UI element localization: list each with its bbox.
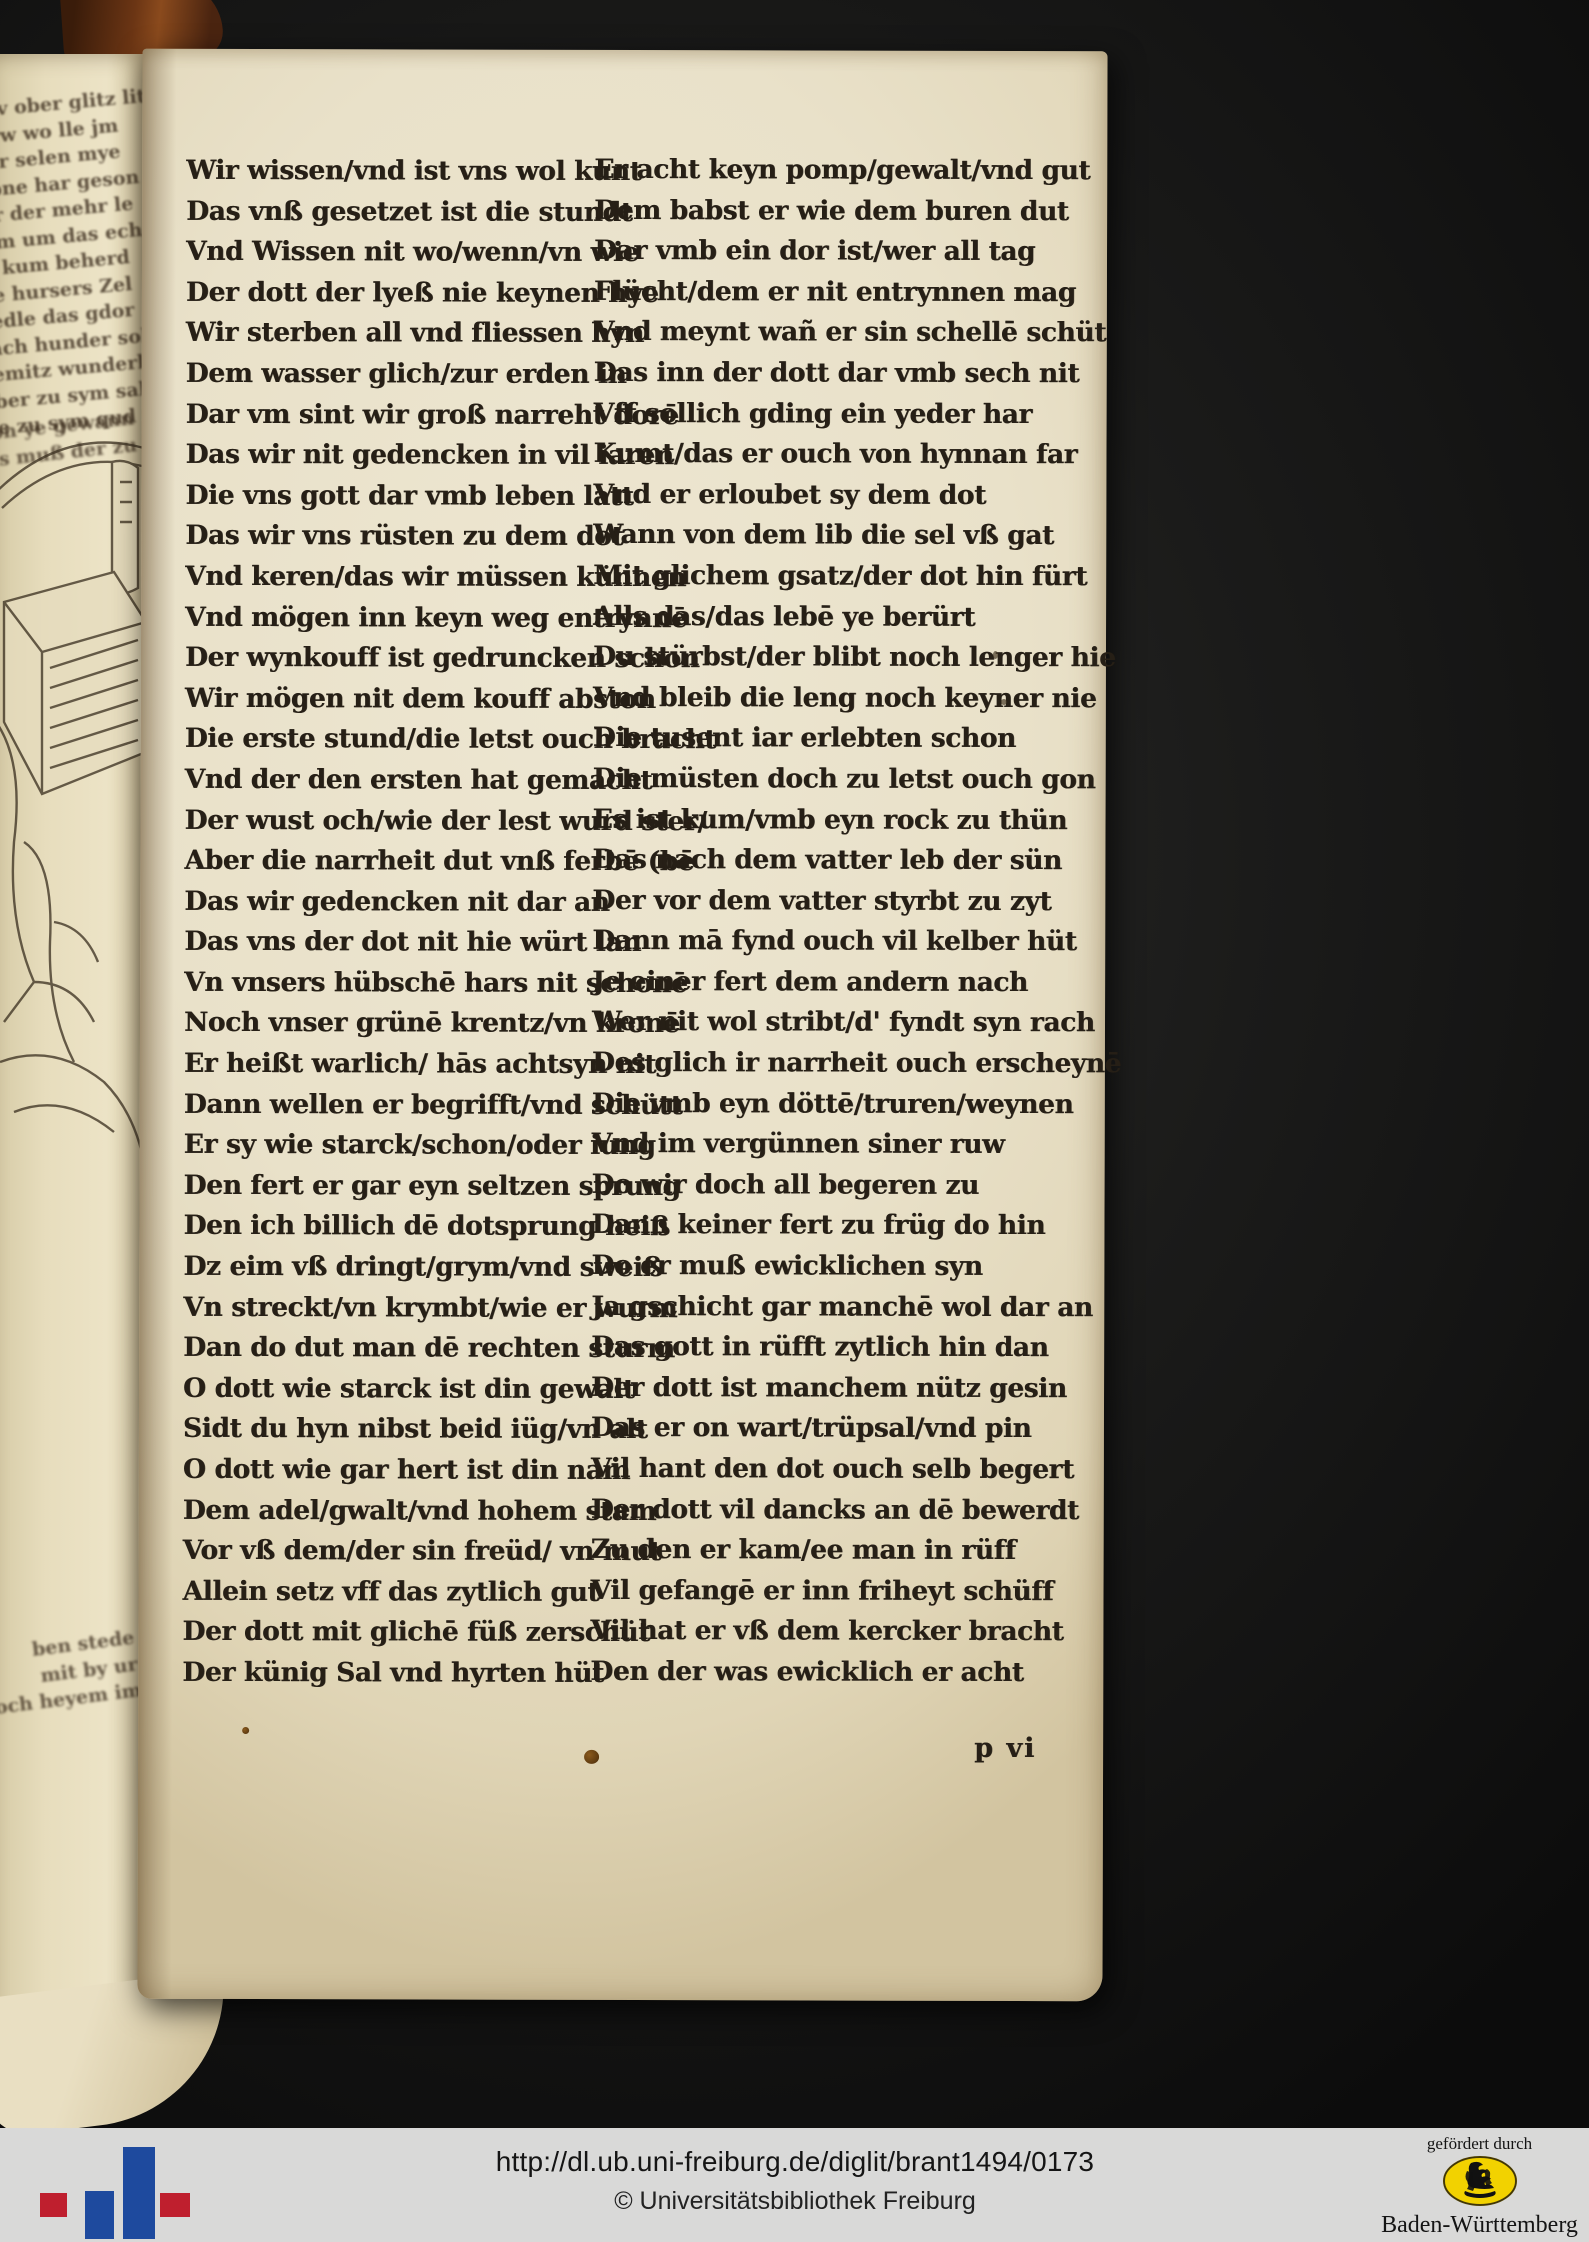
verse-line: Die erste stund/die letst ouch bracht [185, 719, 605, 761]
verse-line: Das inn der dott dar vmb sech nit [594, 353, 1082, 395]
verse-line: Vff sollich gding ein yeder har [594, 393, 1082, 435]
verse-line: Der künig Sal vnd hyrten hüt [182, 1653, 602, 1695]
text-column-left: Wir wissen/vnd ist vns wol kuntDas vnß g… [182, 151, 606, 1695]
verse-line: Der dott vil dancks an dē bewerdt [591, 1490, 1079, 1532]
ub-freiburg-logo-icon [0, 2128, 230, 2242]
verse-line: Du stürbst/der blibt noch lenger hie [593, 637, 1081, 679]
verse-line: Do er muß ewicklichen syn [591, 1246, 1079, 1288]
verse-line: Vnd der den ersten hat gemacht [185, 760, 605, 802]
scanned-book-photo: mmv ober glitz litLerw wo lle jmder sele… [0, 0, 1589, 2242]
verse-line: Das gott in rüfft zytlich hin dan [591, 1327, 1079, 1369]
verse-line: Wer nit wol stribt/d' fyndt syn rach [592, 1002, 1080, 1044]
baden-wuerttemberg-arms-icon [1441, 2155, 1519, 2207]
verse-line: Der vor dem vatter styrbt zu zyt [592, 881, 1080, 923]
verse-line: Die müsten doch zu letst ouch gon [593, 759, 1081, 801]
verse-line: Mit glichem gsatz/der dot hin fürt [593, 556, 1081, 598]
previous-page-edge: mmv ober glitz litLerw wo lle jmder sele… [0, 54, 152, 2060]
verse-line: Das vns der dot nit hie würt lan [184, 922, 604, 964]
verse-line: Das wir gedencken nit dar an [184, 882, 604, 924]
verse-line: Des glich ir narrheit ouch erscheynē [592, 1043, 1080, 1085]
verse-line: Der dott der lyeß nie keynen hye [186, 273, 606, 315]
verse-line: Er acht keyn pomp/gewalt/vnd gut [594, 150, 1082, 192]
verse-line: Das vnß gesetzet ist die stundt [186, 191, 606, 233]
source-url: http://dl.ub.uni-freiburg.de/diglit/bran… [320, 2146, 1270, 2178]
verse-line: Flücht/dem er nit entrynnen mag [594, 272, 1082, 314]
funding-block: gefördert durch Baden-Württemberg [1370, 2128, 1589, 2242]
verse-line: Das wir vns rüsten zu dem dot [185, 516, 605, 558]
verse-line: Dar vmb ein dor ist/wer all tag [594, 231, 1082, 273]
verse-line: Der dott mit glichē füß zerschüt [182, 1612, 602, 1654]
verse-line: Die tusent iar erlebten schon [593, 718, 1081, 760]
verse-line: Dan do dut man dē rechten sturm [183, 1328, 603, 1370]
verse-line: Dann mā fynd ouch vil kelber hüt [592, 921, 1080, 963]
verse-line: Dem wasser glich/zur erden in [186, 354, 606, 396]
verse-line: Vnd keren/das wir müssen künnen [185, 557, 605, 599]
verse-line: Vn streckt/vn krymbt/wie er wurm [183, 1287, 603, 1329]
verse-line: Vnd bleib die leng noch keyner nie [593, 678, 1081, 720]
verse-line: Wir sterben all vnd fliessen hyn [186, 313, 606, 355]
wormhole [584, 1750, 599, 1764]
verse-line: Der wynkouff ist gedruncken schon [185, 638, 605, 680]
verse-line: Dz eim vß dringt/grym/vnd sweiß [183, 1247, 603, 1289]
verse-line: Den der was ewicklich er acht [590, 1652, 1078, 1694]
caption-block: http://dl.ub.uni-freiburg.de/diglit/bran… [320, 2128, 1270, 2216]
verse-line: Ja gschicht gar manchē wol dar an [591, 1287, 1079, 1329]
verse-line: Dar vm sint wir groß narreht dorē [186, 394, 606, 436]
region-label: Baden-Württemberg [1370, 2212, 1589, 2239]
verse-line: Vn vnsers hübschē hars nit schonē [184, 963, 604, 1005]
verse-line: Vnd er erloubet sy dem dot [593, 475, 1081, 517]
verse-line: Do wir doch all begeren zu [592, 1165, 1080, 1207]
verse-line: Die vmb eyn döttē/truren/weynen [592, 1084, 1080, 1126]
verse-line: Den ich billich dē dotsprung heiß [183, 1206, 603, 1248]
verse-line: Dem adel/gwalt/vnd hohem stam [183, 1490, 603, 1532]
ink-speck [993, 651, 998, 659]
copyright-line: © Universitätsbibliothek Freiburg [320, 2187, 1270, 2216]
verse-line: Vil hant den dot ouch selb begert [591, 1449, 1079, 1491]
blurred-text-fragment: mmv ober glitz litLerw wo lle jmder sele… [0, 86, 145, 443]
blurred-text-fragment: ben stedemit by urdoch heyem im [0, 1625, 142, 1723]
wormhole [242, 1727, 249, 1734]
verse-line: Aber die narrheit dut vnß ferbē (bē [184, 841, 604, 883]
verse-line: Das nach dem vatter leb der sün [592, 840, 1080, 882]
verse-line: Sidt du hyn nibst beid iüg/vn alt [183, 1409, 603, 1451]
funding-label: gefördert durch [1370, 2134, 1589, 2154]
verse-line: Je einer fert dem andern nach [592, 962, 1080, 1004]
verse-line: Es ist kum/vmb eyn rock zu thün [592, 799, 1080, 841]
verse-line: Noch vnser grünē krentz/vn kronē [184, 1003, 604, 1045]
verse-line: Vil hat er vß dem kercker bracht [590, 1611, 1078, 1653]
ink-speck [1001, 699, 1007, 705]
verse-line: Vnd meynt wañ er sin schellē schüt [594, 312, 1082, 354]
verse-line: Vnd Wissen nit wo/wenn/vn wie [186, 232, 606, 274]
verse-line: Er sy wie starck/schon/oder iung [184, 1125, 604, 1167]
verse-line: Der dott ist manchem nütz gesin [591, 1368, 1079, 1410]
verse-line: Das wir nit gedencken in vil iaren [185, 435, 605, 477]
verse-line: Wann von dem lib die sel vß gat [593, 515, 1081, 557]
verse-line: Vor vß dem/der sin freüd/ vn mut [183, 1531, 603, 1573]
verse-line: Den fert er gar eyn seltzen sprung [184, 1166, 604, 1208]
verse-line: Vnd mögen inn keyn weg entrynnē [185, 597, 605, 639]
text-column-right: Er acht keyn pomp/gewalt/vnd gutDem babs… [590, 150, 1082, 1694]
verse-line: Vil gefangē er inn friheyt schüff [590, 1571, 1078, 1613]
verse-line: Dann wellen er begrifft/vnd schütt [184, 1085, 604, 1127]
footer-bar: http://dl.ub.uni-freiburg.de/diglit/bran… [0, 2128, 1589, 2242]
book-page: Wir wissen/vnd ist vns wol kuntDas vnß g… [137, 49, 1107, 2002]
verse-line: Alls das/das lebē ye berürt [593, 596, 1081, 638]
verse-line: O dott wie gar hert ist din nam [183, 1450, 603, 1492]
verse-line: O dott wie starck ist din gewalt [183, 1369, 603, 1411]
verse-line: Die vns gott dar vmb leben latt [185, 476, 605, 518]
verse-line: Wir wissen/vnd ist vns wol kunt [186, 151, 606, 193]
verse-line: Zu den er kam/ee man in rüff [591, 1530, 1079, 1572]
woodcut-illustration [0, 422, 154, 1202]
verse-line: Der wust och/wie der lest wurd ster/ [184, 800, 604, 842]
verse-line: Dann keiner fert zu früg do hin [591, 1205, 1079, 1247]
verse-line: Vnd im vergünnen siner ruw [592, 1124, 1080, 1166]
verse-line: Wir mögen nit dem kouff abston [185, 679, 605, 721]
verse-line: Das er on wart/trüpsal/vnd pin [591, 1408, 1079, 1450]
verse-line: Dem babst er wie dem buren dut [594, 191, 1082, 233]
verse-line: Allein setz vff das zytlich gut [182, 1572, 602, 1614]
verse-line: Kumt/das er ouch von hynnan far [593, 434, 1081, 476]
signature-mark: p vi [974, 1733, 1036, 1764]
verse-line: Er heißt warlich/ hās achtsyn nit [184, 1044, 604, 1086]
